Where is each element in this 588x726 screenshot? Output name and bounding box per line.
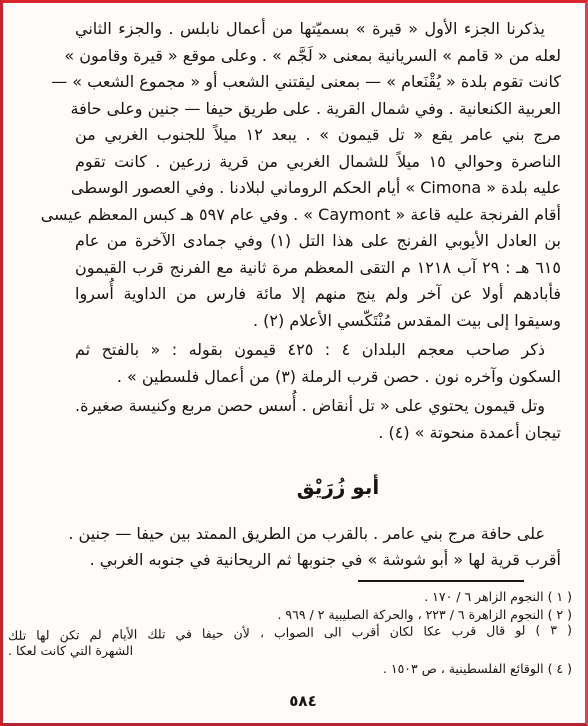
body-text-line: الناصرة وحوالي ١٥ ميلاً للشمال الغربي من… xyxy=(75,149,561,176)
body-text-line: أقرب قرية لها « أبو شوشة » في جنوبها ثم … xyxy=(75,547,561,574)
footnote-2: ( ٢ ) النجوم الزاهرة ٦ / ٢٢٣ ، والحركة ا… xyxy=(8,606,572,624)
body-text-line: ٦١٥ هـ : ٢٩ آب ١٢١٨ م التقى المعظم مرة ث… xyxy=(75,255,561,282)
section-heading-abu-zurayq: أبو زُرَيْق xyxy=(95,474,581,501)
body-text-line: عليه بلدة « Cimona » أيام الحكم الروماني… xyxy=(75,175,561,202)
scanned-book-page: يذكرنا الجزء الأول « قيرة » بسميّتها من … xyxy=(0,0,588,726)
paragraph-qaymun-intro: يذكرنا الجزء الأول « قيرة » بسميّتها من … xyxy=(75,16,561,334)
body-text-line: على حافة مرج بني عامر . بالقرب من الطريق… xyxy=(75,521,561,548)
body-text-line: فأبادهم أولا عن آخر ولم ينج منهم إلا مائ… xyxy=(75,281,561,308)
body-text-line: ذكر صاحب معجم البلدان ٤ : ٤٢٥ قيمون بقول… xyxy=(75,337,561,364)
body-text-line: العربية الكنعانية . وفي شمال القرية . عل… xyxy=(75,96,561,123)
body-text-line: مرج بني عامر يقع « تل قيمون » . يبعد ١٢ … xyxy=(75,122,561,149)
page-number: ٥٨٤ xyxy=(12,692,588,710)
body-text-line: كانت تقوم بلدة « يُقْنَعام » — بمعنى ليق… xyxy=(75,69,561,96)
footnote-3-continued: الشهرة التي كانت لعكا . xyxy=(8,642,572,660)
paragraph-mujam-albuldan-quote: ذكر صاحب معجم البلدان ٤ : ٤٢٥ قيمون بقول… xyxy=(75,337,561,390)
footnote-4: ( ٤ ) الوقائع الفلسطينية ، ص ١٥٠٣ . xyxy=(8,660,572,678)
body-text-line: وتل قيمون يحتوي على « تل أنقاض . أُسس حص… xyxy=(75,393,561,420)
footnote-1: ( ١ ) النجوم الزاهر ٦ / ١٧٠ . xyxy=(8,588,572,606)
body-text-line: أقام الفرنجة عليه قاعة « Caymont » . وفي… xyxy=(75,202,561,229)
body-text-block: يذكرنا الجزء الأول « قيرة » بسميّتها من … xyxy=(3,3,585,574)
body-text-line: يذكرنا الجزء الأول « قيرة » بسميّتها من … xyxy=(75,16,561,43)
paragraph-abu-zurayq: على حافة مرج بني عامر . بالقرب من الطريق… xyxy=(75,521,561,574)
body-text-line: وسيقوا إلى بيت المقدس مُنْتَكّسي الأعلام… xyxy=(75,308,561,335)
body-text-line: تيجان أعمدة منحوتة » (٤) . xyxy=(75,420,561,447)
body-text-line: السكون وآخره نون . حصن قرب الرملة (٣) من… xyxy=(75,364,561,391)
body-text-line: لعله من « قامم » السريانية بمعنى « لَجَّ… xyxy=(75,43,561,70)
body-text-line: بن العادل الأيوبي الفرنج على هذا التل (١… xyxy=(75,228,561,255)
paragraph-tell-qaymun-ruins: وتل قيمون يحتوي على « تل أنقاض . أُسس حص… xyxy=(75,393,561,446)
footnotes-block: ( ١ ) النجوم الزاهر ٦ / ١٧٠ . ( ٢ ) النج… xyxy=(3,588,585,678)
footnote-separator-rule xyxy=(358,580,524,582)
